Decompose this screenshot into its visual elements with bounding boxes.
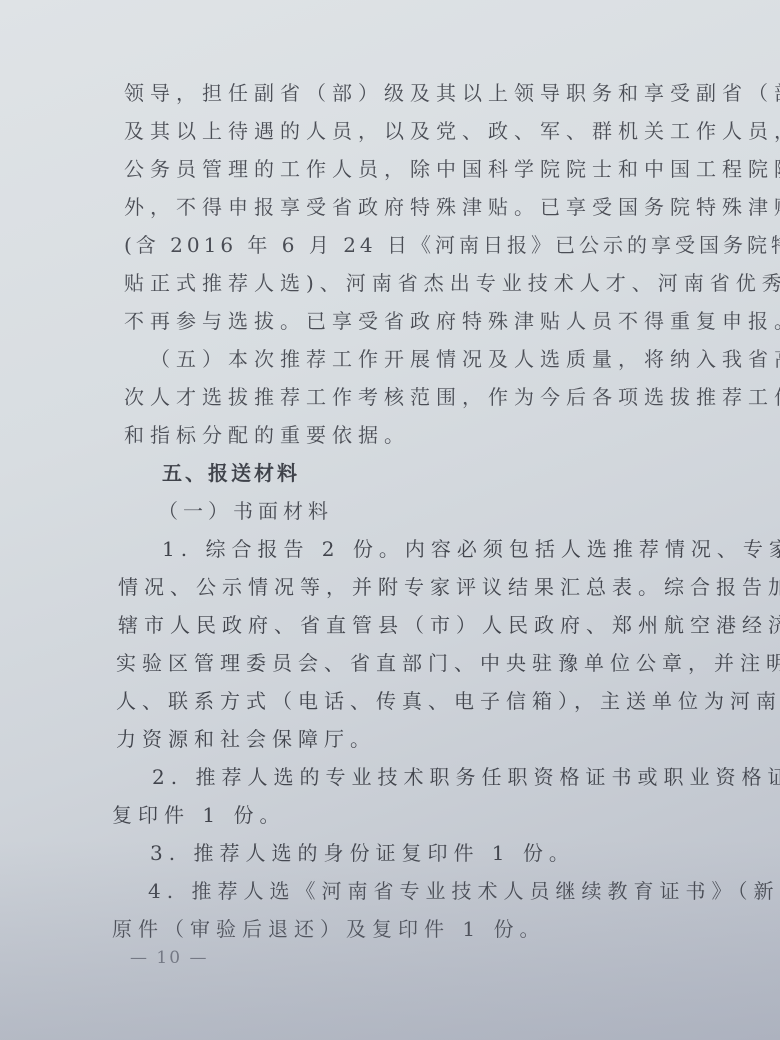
item-line: 力资源和社会保障厅。 — [116, 727, 706, 751]
item-line: 原件（审验后退还）及复印件 1 份。 — [112, 917, 702, 941]
subsection-heading: （一）书面材料 — [158, 499, 748, 523]
body-line: (含 2016 年 6 月 24 日《河南日报》已公示的享受国务院特殊津 — [124, 233, 714, 257]
document-page: 领导，担任副省（部）级及其以上领导职务和享受副省（部）级 及其以上待遇的人员，以… — [0, 0, 780, 1040]
body-line: 外，不得申报享受省政府特殊津贴。已享受国务院特殊津贴人员 — [124, 195, 714, 219]
body-line: 贴正式推荐人选)、河南省杰出专业技术人才、河南省优秀专家 — [124, 271, 714, 295]
item-line: 1. 综合报告 2 份。内容必须包括人选推荐情况、专家评议 — [162, 537, 752, 561]
body-line: 和指标分配的重要依据。 — [124, 423, 714, 447]
page-number: — 10 — — [130, 948, 208, 968]
item-line: 3. 推荐人选的身份证复印件 1 份。 — [150, 841, 740, 865]
section-heading: 五、报送材料 — [162, 461, 752, 485]
body-line: 及其以上待遇的人员，以及党、政、军、群机关工作人员，参照 — [124, 119, 714, 143]
clause-five-line: （五）本次推荐工作开展情况及人选质量，将纳入我省高层 — [150, 347, 740, 371]
item-line: 复印件 1 份。 — [112, 803, 702, 827]
item-line: 辖市人民政府、省直管县（市）人民政府、郑州航空港经济综合 — [118, 613, 708, 637]
item-line: 人、联系方式（电话、传真、电子信箱），主送单位为河南省人 — [116, 689, 706, 713]
body-line: 公务员管理的工作人员，除中国科学院院士和中国工程院院士 — [124, 157, 714, 181]
item-line: 实验区管理委员会、省直部门、中央驻豫单位公章，并注明联系 — [116, 651, 706, 675]
item-line: 4. 推荐人选《河南省专业技术人员继续教育证书》（新版） — [148, 879, 738, 903]
body-line: 次人才选拔推荐工作考核范围，作为今后各项选拔推荐工作部署 — [124, 385, 714, 409]
body-line: 不再参与选拔。已享受省政府特殊津贴人员不得重复申报。 — [124, 309, 714, 333]
body-line: 领导，担任副省（部）级及其以上领导职务和享受副省（部）级 — [124, 81, 714, 105]
item-line: 2. 推荐人选的专业技术职务任职资格证书或职业资格证书 — [152, 765, 742, 789]
item-line: 情况、公示情况等，并附专家评议结果汇总表。综合报告加盖省 — [118, 575, 708, 599]
